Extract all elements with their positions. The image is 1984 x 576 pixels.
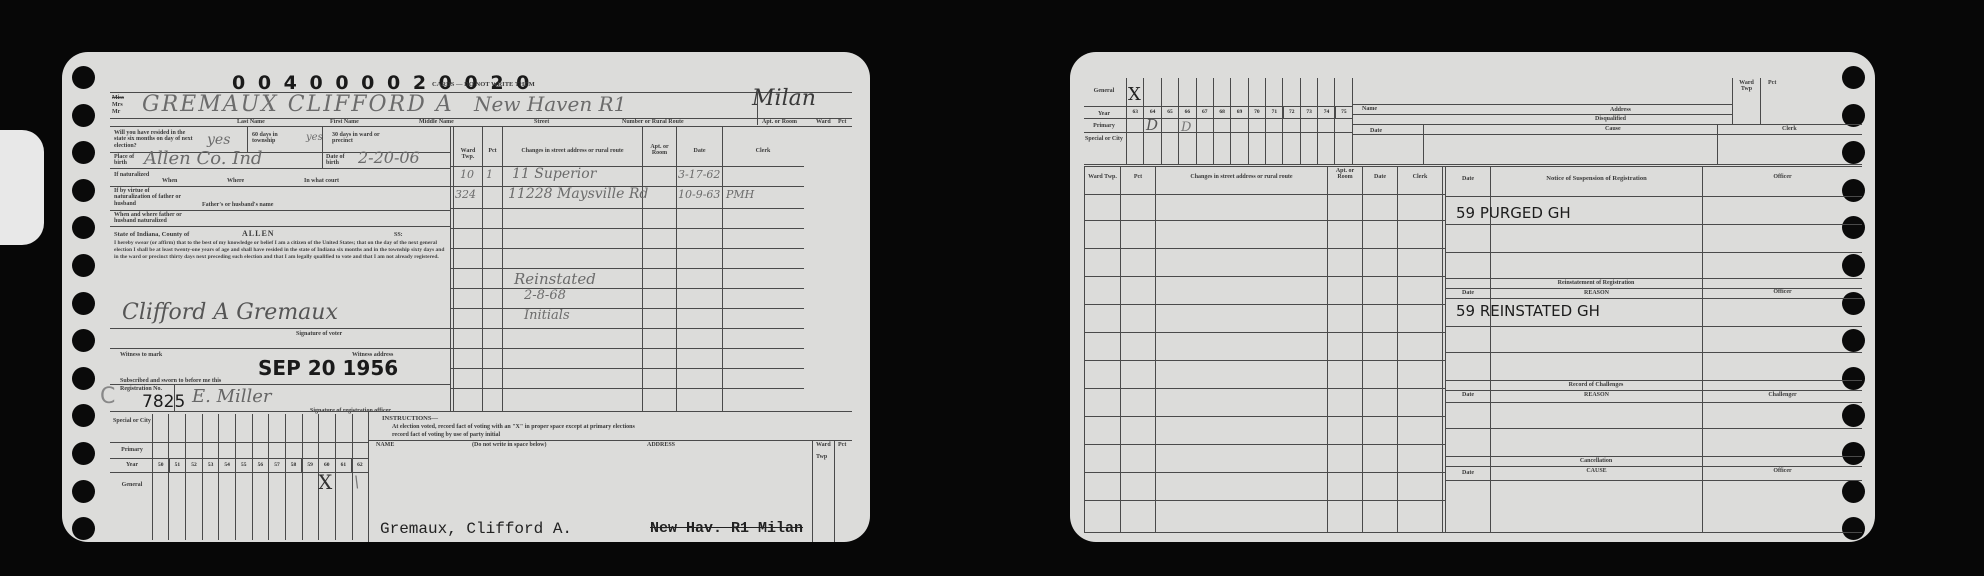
back-changes-header-apt: Apt. or Room [1328, 168, 1362, 181]
change-row-1-ward: 10 [460, 168, 474, 181]
disq-label-disqualified: Disqualified [1595, 116, 1626, 122]
change-row-2-clerk: PMH [726, 188, 754, 201]
label-first-name: First Name [330, 119, 359, 125]
reinstatement-header-date: Date [1446, 290, 1490, 296]
oath-state-label: State of Indiana, County of [114, 232, 189, 239]
row-label-general: General [112, 482, 152, 488]
bottom-label-ward: Ward [816, 442, 831, 448]
naturalized-when-label: When [162, 178, 177, 184]
date-of-birth-label: Date of birth [326, 154, 356, 167]
ward-days-label: 30 days in ward or precinct [332, 132, 392, 145]
challenges-header-reason: REASON [1491, 392, 1702, 398]
change-row-2-date: 10-9-63 [678, 188, 720, 201]
bottom-label-twp: Twp [816, 454, 827, 460]
reinstatement-entry: 59 REINSTATED GH [1456, 302, 1600, 320]
father-when-label: When and where father or husband natural… [114, 212, 194, 225]
change-row-2-ward: 324 [455, 188, 476, 201]
general-mark-62: \ [354, 472, 359, 491]
officer-signature: E. Miller [192, 386, 272, 407]
row-label-special: Special or City [1084, 136, 1124, 142]
back-changes-header-address: Changes in street address or rural route [1156, 174, 1327, 180]
disq-label-address: Address [1610, 107, 1631, 113]
challenges-header-challenger: Challenger [1703, 392, 1862, 398]
label-last-name: Last Name [237, 119, 265, 125]
year-row-back: 63 64 65 66 67 68 69 70 71 72 73 74 75 [1126, 106, 1352, 118]
reinstatement-header-officer: Officer [1703, 289, 1862, 295]
title-mr: Mr [112, 109, 120, 115]
changes-header-date: Date [677, 148, 722, 154]
back-changes-header-clerk: Clerk [1398, 174, 1442, 180]
changes-header-address: Changes in street address or rural route [503, 148, 642, 154]
cancellation-title: Cancellation [1490, 458, 1702, 464]
naturalized-label: If naturalized [114, 172, 149, 178]
disq-label-cause: Cause [1605, 126, 1621, 132]
bottom-label-address: ADDRESS [647, 442, 675, 448]
challenges-header-date: Date [1446, 392, 1490, 398]
bottom-label-pct: Pct [838, 442, 846, 448]
typed-address: New Hav. R1 Milan [650, 520, 803, 537]
row-label-year: Year [112, 462, 152, 468]
back-changes-header-pct: Pct [1121, 174, 1155, 180]
oath-ss: SS: [394, 232, 403, 238]
place-of-birth-label: Place of birth [114, 154, 140, 167]
place-of-birth-value: Allen Co. Ind [144, 148, 262, 169]
cancellation-header-officer: Officer [1703, 468, 1862, 474]
witness-label: Witness to mark [120, 352, 162, 358]
title-miss: Miss [112, 95, 124, 101]
suspension-header-notice: Notice of Suspension of Registration [1491, 176, 1702, 183]
naturalized-court-label: In what court [304, 178, 339, 184]
signature-label: Signature of voter [296, 331, 342, 337]
row-label-year: Year [1084, 111, 1124, 117]
instructions-text-2: record fact of voting by use of party in… [392, 432, 500, 438]
change-row-1-pct: 1 [486, 168, 493, 181]
label-ward: Ward [816, 119, 831, 125]
residence-answer: yes [207, 132, 230, 148]
changes-header-apt: Apt. or Room [643, 144, 676, 157]
row-label-special: Special or City [112, 418, 152, 424]
change-row-1-address: 11 Superior [512, 166, 596, 182]
disq-label-clerk: Clerk [1782, 126, 1797, 132]
suspension-entry: 59 PURGED GH [1456, 204, 1571, 222]
voting-record-grid-back: General Year Primary Special or City 63 … [1084, 78, 1352, 164]
reinstated-initials-note: Initials [524, 308, 570, 323]
suspension-header-officer: Officer [1703, 174, 1862, 180]
label-street: Street [534, 119, 549, 125]
row-label-general: General [1084, 88, 1124, 94]
changes-header-clerk: Clerk [723, 148, 803, 154]
instructions-text-1: At election voted, record fact of voting… [392, 424, 635, 430]
voter-registration-card-front: 0 0 4 0 0 0 0 2 0 0 2 0 CARDS — DO NOT W… [62, 52, 870, 542]
bottom-label-name: NAME [376, 442, 394, 448]
name-handwritten: GREMAUX CLIFFORD A [142, 92, 454, 117]
changes-header-pct: Pct [483, 148, 502, 154]
disq-label-ward: Ward Twp [1733, 80, 1760, 93]
primary-mark-64: D [1146, 116, 1158, 134]
reinstatement-header-reason: REASON [1491, 290, 1702, 296]
township-label: 60 days in township [252, 132, 302, 145]
row-label-primary: Primary [1084, 123, 1124, 129]
disq-label-pct: Pct [1768, 80, 1776, 86]
cancellation-header-date: Date [1446, 470, 1490, 476]
cancellation-header-cause: CAUSE [1491, 468, 1702, 474]
label-pct: Pct [838, 119, 846, 125]
label-middle-name: Middle Name [419, 119, 454, 125]
father-naturalization-label: If by virtue of naturalization of father… [114, 188, 182, 207]
back-changes-header-ward: Ward Twp. [1085, 174, 1120, 180]
row-label-primary: Primary [112, 447, 152, 453]
reinstatement-title: Reinstatement of Registration [1490, 280, 1702, 286]
general-mark-63: X [1128, 84, 1141, 105]
header-notice: CARDS — DO NOT WRITE THEM [432, 82, 535, 89]
naturalized-where-label: Where [227, 178, 244, 184]
reinstated-note: Reinstated [514, 270, 596, 288]
disq-label-name: Name [1362, 106, 1377, 112]
change-row-1-date: 3-17-62 [678, 168, 720, 181]
address-handwritten: New Haven R1 [474, 92, 626, 116]
bottom-label-do-not-write: (Do not write in space below) [472, 442, 547, 448]
county-value: ALLEN [242, 230, 275, 238]
registration-number: 7825 [142, 392, 185, 412]
challenges-title: Record of Challenges [1490, 382, 1702, 388]
back-changes-header-date: Date [1363, 174, 1397, 180]
date-stamp: SEP 20 1956 [258, 356, 398, 380]
general-mark-60: X [318, 470, 332, 494]
oath-text: I hereby swear (or affirm) that to the b… [114, 240, 446, 261]
punch-holes [72, 66, 95, 540]
changes-header-ward: Ward Twp. [454, 148, 482, 161]
typed-name: Gremaux, Clifford A. [380, 520, 572, 538]
father-name-label: Father's or husband's name [202, 202, 273, 208]
side-letter: C [100, 384, 115, 409]
voting-record-grid-front: Special or City Primary Year General 50 … [110, 414, 368, 540]
township-answer: yes [306, 132, 323, 143]
voter-registration-card-back: General Year Primary Special or City 63 … [1070, 52, 1875, 542]
title-mrs: Mrs [112, 102, 123, 108]
label-apt-room: Apt. or Room [762, 119, 797, 125]
label-number-rural-route: Number or Rural Route [622, 119, 684, 125]
date-of-birth-value: 2-20-06 [358, 148, 420, 167]
voter-signature: Clifford A Gremaux [122, 300, 338, 325]
primary-mark-66: D [1181, 120, 1191, 135]
precinct-handwritten: Milan [752, 86, 816, 111]
reinstated-date-note: 2-8-68 [524, 288, 566, 303]
scan-artifact [0, 130, 44, 245]
instructions-title: INSTRUCTIONS— [382, 416, 438, 423]
change-row-2-address: 11228 Maysville Rd [508, 186, 648, 202]
residence-question: Will you have resided in the state six m… [114, 130, 194, 149]
suspension-header-date: Date [1446, 176, 1490, 182]
